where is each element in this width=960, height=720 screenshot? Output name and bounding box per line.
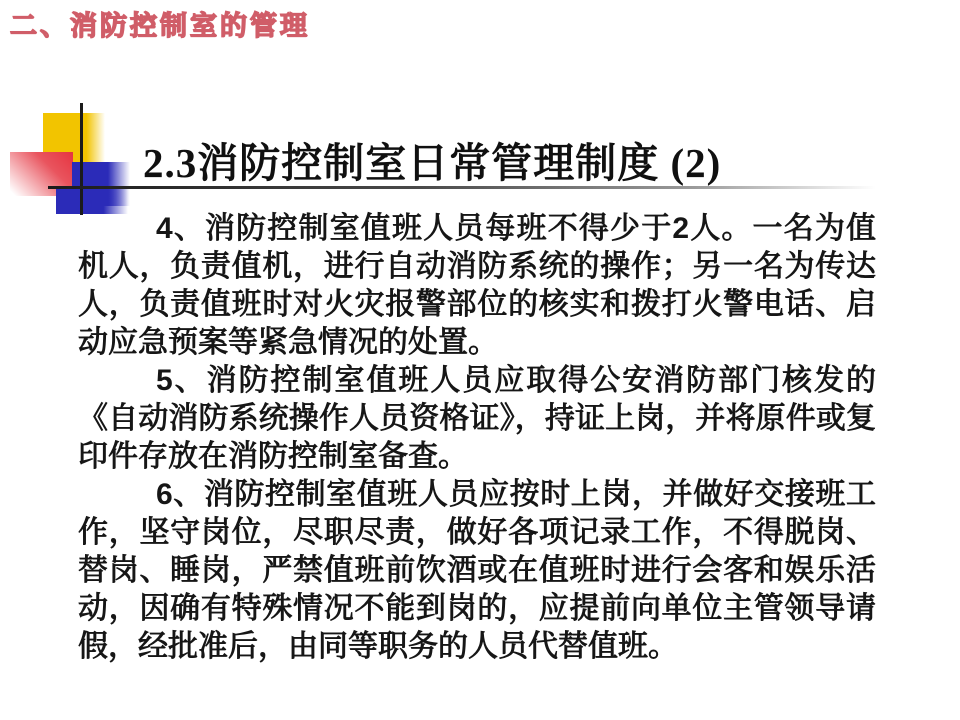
slide-section-header: 二、消防控制室的管理 <box>10 4 310 43</box>
paragraph-item-6: 6、消防控制室值班人员应按时上岗，并做好交接班工作，坚守岗位，尽职尽责，做好各项… <box>78 476 876 666</box>
slide-body-text: 4、消防控制室值班人员每班不得少于2人。一名为值机人，负责值机，进行自动消防系统… <box>78 210 876 666</box>
paragraph-item-5: 5、消防控制室值班人员应取得公安消防部门核发的《自动消防系统操作人员资格证》，持… <box>78 362 876 476</box>
paragraph-item-4: 4、消防控制室值班人员每班不得少于2人。一名为值机人，负责值机，进行自动消防系统… <box>78 210 876 362</box>
decoration-vertical-line <box>80 103 83 215</box>
slide-title: 2.3消防控制室日常管理制度 (2) <box>143 130 721 189</box>
